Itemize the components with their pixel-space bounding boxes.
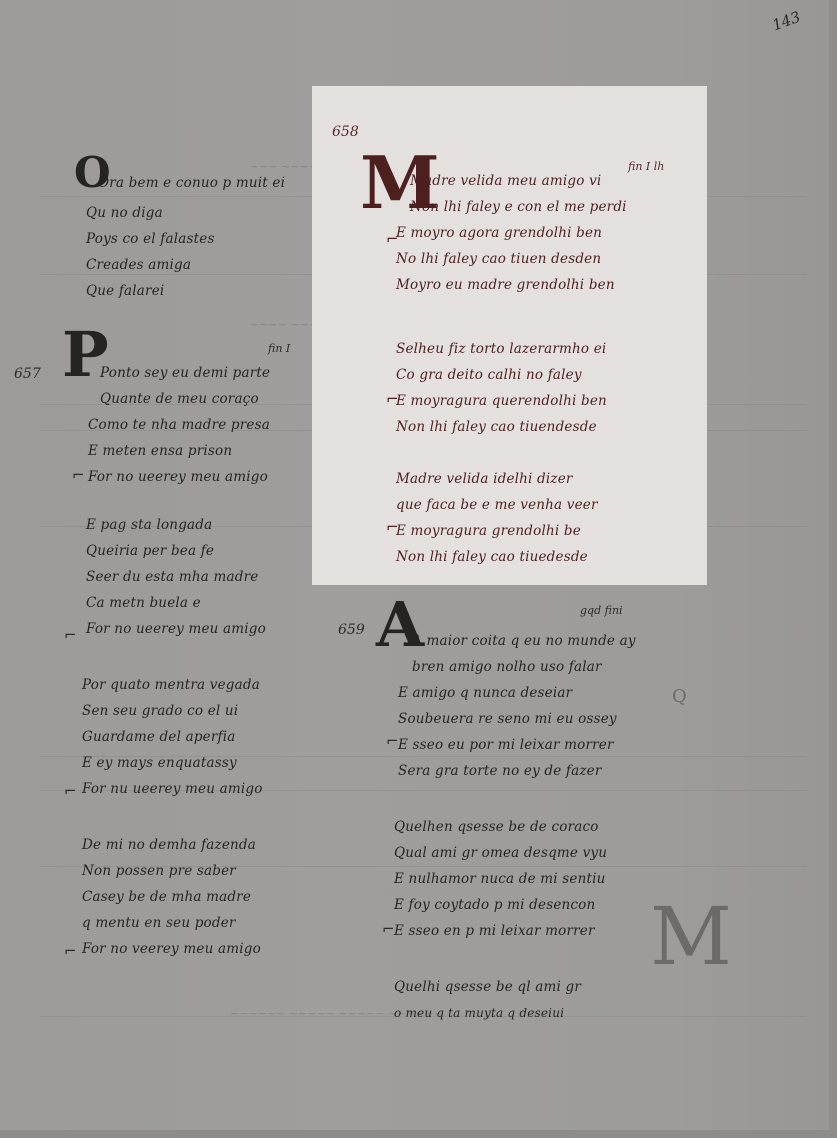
verse-line: For nu ueerey meu amigo xyxy=(82,776,263,802)
verse-line: Seer du esta mha madre xyxy=(86,564,266,590)
poem-659-stanza-1-cont: E amigo q nunca deseiar Soubeuera re sen… xyxy=(398,680,617,784)
verse-line: Ponto sey eu demi parte xyxy=(100,360,270,386)
poem-number-659: 659 xyxy=(338,622,365,638)
page-edge xyxy=(829,0,837,1138)
margin-note: fin I xyxy=(268,342,290,355)
poem-number-658: 658 xyxy=(332,124,359,140)
verse-line: Ca metn buela e xyxy=(86,590,266,616)
left-stanza-3: E pag sta longada Queiria per bea fe See… xyxy=(86,512,266,642)
poem-658-stanza-1: Madre velida meu amigo vi Non lhi faley … xyxy=(410,168,627,220)
verse-line: Queiria per bea fe xyxy=(86,538,266,564)
left-stanza-1-cont: Qu no diga Poys co el falastes Creades a… xyxy=(86,200,215,304)
poem-659-stanza-1: A maior coita q eu no munde ay bren amig… xyxy=(412,628,636,680)
verse-line: A maior coita q eu no munde ay xyxy=(412,628,636,654)
paragraph-mark: ⌐ xyxy=(386,518,399,536)
verse-line: E nulhamor nuca de mi sentiu xyxy=(394,866,607,892)
verse-line: Poys co el falastes xyxy=(86,226,215,252)
verse-line: Creades amiga xyxy=(86,252,215,278)
paragraph-mark: ⌐ xyxy=(382,920,395,938)
verse-line: For no ueerey meu amigo xyxy=(86,616,266,642)
verse-line: Quante de meu coraço xyxy=(100,386,270,412)
verse-line: Guardame del aperfia xyxy=(82,724,263,750)
bleed-through-initial: M xyxy=(650,890,732,983)
verse-line: E moyro agora grendolhi ben xyxy=(396,220,615,246)
verse-line: Selheu fiz torto lazerarmho ei xyxy=(396,336,607,362)
verse-line: For no veerey meu amigo xyxy=(82,936,261,962)
verse-line: E amigo q nunca deseiar xyxy=(398,680,617,706)
verse-line: E sseo eu por mi leixar morrer xyxy=(398,732,617,758)
verse-line: Como te nha madre presa xyxy=(88,412,270,438)
poem-659-stanza-3: Quelhi qsesse be ql ami gr o meu q ta mu… xyxy=(394,974,581,1026)
verse-line: Madre velida idelhi dizer xyxy=(396,466,598,492)
verse-line: E moyragura grendolhi be xyxy=(396,518,598,544)
verse-line: Por quato mentra vegada xyxy=(82,672,263,698)
paragraph-mark: ⌐ xyxy=(72,466,85,484)
verse-line: Non possen pre saber xyxy=(82,858,261,884)
poem-658-stanza-1-cont: E moyro agora grendolhi ben No lhi faley… xyxy=(396,220,615,298)
manuscript-page: ~~~ ~~~~~~~ ~~ ~~~~ ~~~~ ~~~~~~~ ~~~~~~ … xyxy=(0,0,837,1138)
folio-number: 143 xyxy=(770,8,803,35)
verse-line: Qu no diga xyxy=(86,200,215,226)
verse-line: Qual ami gr omea desqme vyu xyxy=(394,840,607,866)
verse-line: Quelhen qsesse be de coraco xyxy=(394,814,607,840)
verse-line: Sera gra torte no ey de fazer xyxy=(398,758,617,784)
verse-line: E sseo en p mi leixar morrer xyxy=(394,918,607,944)
poem-659-stanza-2: Quelhen qsesse be de coraco Qual ami gr … xyxy=(394,814,607,944)
verse-line: E ey mays enquatassy xyxy=(82,750,263,776)
verse-line: que faca be e me venha veer xyxy=(396,492,598,518)
left-stanza-4: Por quato mentra vegada Sen seu grado co… xyxy=(82,672,263,802)
verse-line: Non lhi faley e con el me perdi xyxy=(410,194,627,220)
verse-line: Que falarei xyxy=(86,278,215,304)
verse-line: Soubeuera re seno mi eu ossey xyxy=(398,706,617,732)
verse-line: Madre velida meu amigo vi xyxy=(410,168,627,194)
verse-line: No lhi faley cao tiuen desden xyxy=(396,246,615,272)
poem-658-stanza-2: Selheu fiz torto lazerarmho ei Co gra de… xyxy=(396,336,607,440)
verse-line: Quelhi qsesse be ql ami gr xyxy=(394,974,581,1000)
margin-note: gqd fini xyxy=(580,604,623,617)
poem-number-657: 657 xyxy=(14,366,41,382)
bleed-through-glyph: Q xyxy=(672,686,687,707)
verse-line: Moyro eu madre grendolhi ben xyxy=(396,272,615,298)
paragraph-mark: ⌐ xyxy=(64,626,77,644)
paragraph-mark: ⌐ xyxy=(386,390,399,408)
verse-line: bren amigo nolho uso falar xyxy=(412,654,636,680)
verse-line: Non lhi faley cao tiuedesde xyxy=(396,544,598,570)
left-stanza-2-cont: Como te nha madre presa E meten ensa pri… xyxy=(88,412,270,490)
paragraph-mark: ⌐ xyxy=(64,942,77,960)
verse-line: E meten ensa prison xyxy=(88,438,270,464)
verse-line: E moyragura querendolhi ben xyxy=(396,388,607,414)
verse-line: Sen seu grado co el ui xyxy=(82,698,263,724)
verse-line: Casey be de mha madre xyxy=(82,884,261,910)
paragraph-mark: ⌐ xyxy=(386,732,399,750)
paragraph-mark: ⌐ xyxy=(386,230,399,248)
verse-line: For no ueerey meu amigo xyxy=(88,464,270,490)
poem-658-stanza-3: Madre velida idelhi dizer que faca be e … xyxy=(396,466,598,570)
verse-line: q mentu en seu poder xyxy=(82,910,261,936)
verse-line: Ora bem e conuo p muit ei xyxy=(98,170,285,196)
verse-line: E pag sta longada xyxy=(86,512,266,538)
left-stanza-1: Ora bem e conuo p muit ei xyxy=(98,170,285,196)
left-stanza-2: Ponto sey eu demi parte Quante de meu co… xyxy=(100,360,270,412)
verse-line: E foy coytado p mi desencon xyxy=(394,892,607,918)
verse-line: Co gra deito calhi no faley xyxy=(396,362,607,388)
left-stanza-5: De mi no demha fazenda Non possen pre sa… xyxy=(82,832,261,962)
verse-line: o meu q ta muyta q deseiui xyxy=(394,1000,581,1026)
verse-line: Non lhi faley cao tiuendesde xyxy=(396,414,607,440)
margin-note: fin I lh xyxy=(628,160,664,173)
verse-line: De mi no demha fazenda xyxy=(82,832,261,858)
paragraph-mark: ⌐ xyxy=(64,782,77,800)
page-bottom-edge xyxy=(0,1130,837,1138)
